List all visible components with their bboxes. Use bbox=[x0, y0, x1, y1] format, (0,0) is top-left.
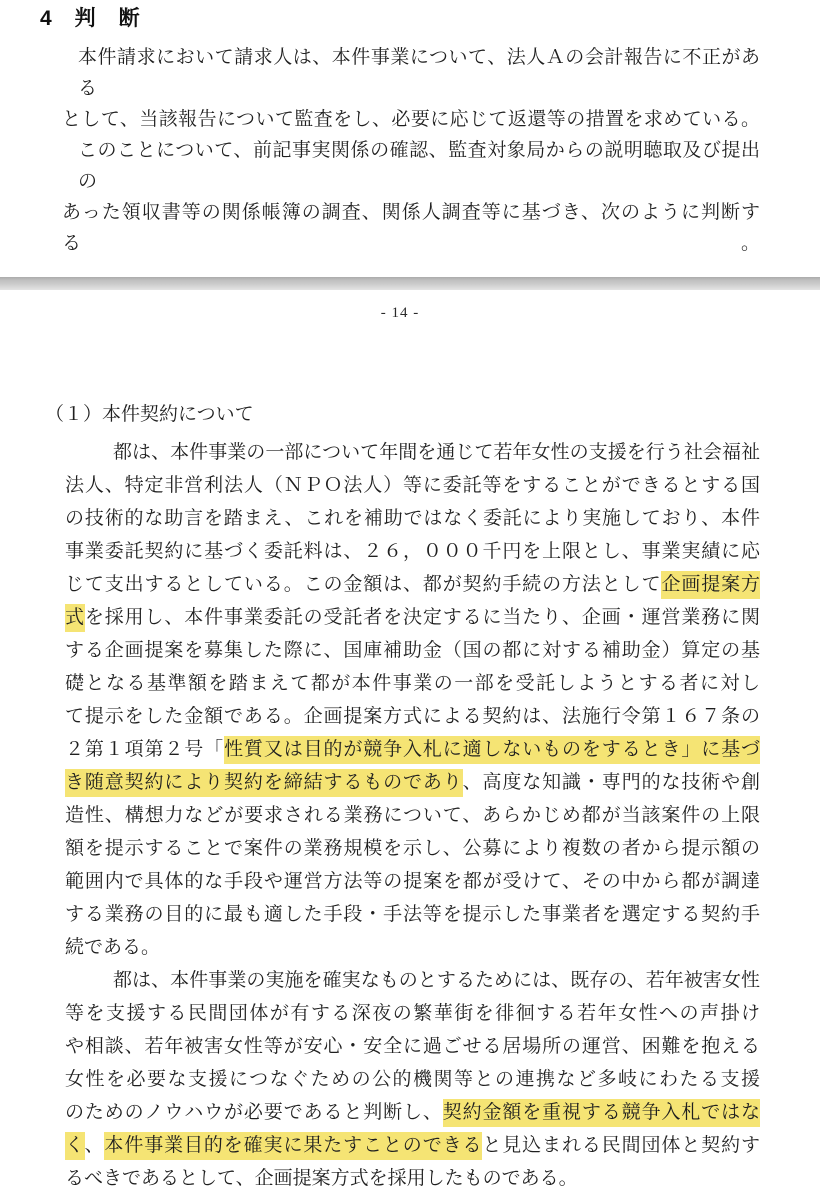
text-line: する業務の目的に最も適した手段・手法等を提示した事業者を選定する契約手 bbox=[65, 898, 760, 931]
text-line: 範囲内で具体的な手段や運営方法等の提案を都が受けて、その中から都が調達 bbox=[65, 865, 760, 898]
text-line: 式を採用し、本件事業委託の受託者を決定するに当たり、企画・運営業務に関 bbox=[65, 601, 760, 634]
text-line: 都は、本件事業の実施を確実なものとするためには、既存の、若年被害女性 bbox=[65, 964, 760, 997]
text-segment: と見込まれる民間団体と契約す bbox=[482, 1135, 760, 1156]
text-segment: する業務の目的に最も適した手段・手法等を提示した事業者を選定する契約手 bbox=[65, 904, 760, 925]
text-line: るべきであるとして、企画提案方式を採用したものである。 bbox=[65, 1162, 760, 1195]
text-line: く、本件事業目的を確実に果たすことのできると見込まれる民間団体と契約す bbox=[65, 1129, 760, 1162]
text-segment: 礎となる基準額を踏まえて都が本件事業の一部を受託しようとする者に対し bbox=[65, 673, 760, 694]
highlighted-text: く bbox=[65, 1132, 85, 1160]
document-page-14: 4 判 断 本件請求において請求人は、本件事業について、法人Ａの会計報告に不正が… bbox=[0, 0, 820, 277]
text-segment: の技術的な助言を踏まえ、これを補助ではなく委託により実施しており、本件 bbox=[65, 508, 760, 529]
text-line: 都は、本件事業の一部について年間を通じて若年女性の支援を行う社会福祉 bbox=[65, 436, 760, 469]
text-segment: 造性、構想力などが要求される業務について、あらかじめ都が当該案件の上限 bbox=[65, 805, 760, 826]
text-line: 本件請求において請求人は、本件事業について、法人Ａの会計報告に不正がある bbox=[62, 42, 760, 104]
text-line: 造性、構想力などが要求される業務について、あらかじめ都が当該案件の上限 bbox=[65, 799, 760, 832]
text-segment: 都は、本件事業の一部について年間を通じて若年女性の支援を行う社会福祉 bbox=[113, 442, 760, 463]
text-line: 事業委託契約に基づく委託料は、２６，０００千円を上限とし、事業実績に応 bbox=[65, 535, 760, 568]
text-segment: 、高度な知識・専門的な技術や創 bbox=[463, 772, 760, 793]
text-segment: 続である。 bbox=[65, 937, 160, 958]
subsection-heading: （１）本件契約について bbox=[0, 402, 820, 428]
text-segment: あった領収書等の関係帳簿の調査、関係人調査等に基づき、次のように判断する。 bbox=[62, 202, 760, 254]
text-line: このことについて、前記事実関係の確認、監査対象局からの説明聴取及び提出の bbox=[62, 135, 760, 197]
highlighted-text: 契約金額を重視する競争入札ではな bbox=[443, 1099, 760, 1127]
text-line: 続である。 bbox=[65, 931, 760, 964]
highlighted-text: き随意契約により契約を締結するものであり bbox=[65, 769, 463, 797]
text-segment: このことについて、前記事実関係の確認、監査対象局からの説明聴取及び提出の bbox=[78, 140, 760, 192]
highlighted-text: 企画提案方 bbox=[661, 571, 760, 599]
text-segment: する企画提案を募集した際に、国庫補助金（国の都に対する補助金）算定の基 bbox=[65, 640, 760, 661]
text-segment: 法人、特定非営利法人（ＮＰＯ法人）等に委託等をすることができるとする国 bbox=[65, 475, 760, 496]
text-line: や相談、若年被害女性等が安心・安全に過ごせる居場所の運営、困難を抱える bbox=[65, 1030, 760, 1063]
text-segment: を採用し、本件事業委託の受託者を決定するに当たり、企画・運営業務に関 bbox=[85, 607, 760, 628]
highlighted-text: 本件事業目的を確実に果たすことのできる bbox=[104, 1132, 482, 1160]
text-line: 額を提示することで案件の業務規模を示し、公募により複数の者から提示額の bbox=[65, 832, 760, 865]
page-15-body: 都は、本件事業の一部について年間を通じて若年女性の支援を行う社会福祉法人、特定非… bbox=[0, 436, 820, 1195]
text-segment: 事業委託契約に基づく委託料は、２６，０００千円を上限とし、事業実績に応 bbox=[65, 541, 760, 562]
text-segment: のためのノウハウが必要であると判断し、 bbox=[65, 1102, 443, 1123]
text-line: 等を支援する民間団体が有する深夜の繁華街を徘徊する若年女性への声掛け bbox=[65, 997, 760, 1030]
text-segment: として、当該報告について監査をし、必要に応じて返還等の措置を求めている。 bbox=[62, 109, 760, 130]
text-line: じて支出するとしている。この金額は、都が契約手続の方法として企画提案方 bbox=[65, 568, 760, 601]
text-line: のためのノウハウが必要であると判断し、契約金額を重視する競争入札ではな bbox=[65, 1096, 760, 1129]
text-line: て提示をした金額である。企画提案方式による契約は、法施行令第１６７条の bbox=[65, 700, 760, 733]
text-segment: や相談、若年被害女性等が安心・安全に過ごせる居場所の運営、困難を抱える bbox=[65, 1036, 760, 1057]
text-segment: 、 bbox=[85, 1135, 105, 1156]
text-line: の技術的な助言を踏まえ、これを補助ではなく委託により実施しており、本件 bbox=[65, 502, 760, 535]
text-segment: 範囲内で具体的な手段や運営方法等の提案を都が受けて、その中から都が調達 bbox=[65, 871, 760, 892]
text-segment: 本件請求において請求人は、本件事業について、法人Ａの会計報告に不正がある bbox=[78, 47, 760, 99]
text-segment: ２第１項第２号「 bbox=[65, 739, 224, 760]
document-page-15: （１）本件契約について 都は、本件事業の一部について年間を通じて若年女性の支援を… bbox=[0, 290, 820, 1200]
page-separator bbox=[0, 277, 820, 290]
text-segment: じて支出するとしている。この金額は、都が契約手続の方法として bbox=[65, 574, 661, 595]
page-14-body: 本件請求において請求人は、本件事業について、法人Ａの会計報告に不正があるとして、… bbox=[0, 42, 820, 259]
text-segment: 都は、本件事業の実施を確実なものとするためには、既存の、若年被害女性 bbox=[113, 970, 760, 991]
text-segment: るべきであるとして、企画提案方式を採用したものである。 bbox=[65, 1168, 578, 1189]
text-line: 礎となる基準額を踏まえて都が本件事業の一部を受託しようとする者に対し bbox=[65, 667, 760, 700]
text-segment: て提示をした金額である。企画提案方式による契約は、法施行令第１６７条の bbox=[65, 706, 760, 727]
text-line: ２第１項第２号「性質又は目的が競争入札に適しないものをするとき」に基づ bbox=[65, 733, 760, 766]
highlighted-text: 性質又は目的が競争入札に適しないものをするとき」に基づ bbox=[224, 736, 760, 764]
text-line: 女性を必要な支援につなぐための公的機関等との連携など多岐にわたる支援 bbox=[65, 1063, 760, 1096]
highlighted-text: 式 bbox=[65, 604, 85, 632]
text-line: 法人、特定非営利法人（ＮＰＯ法人）等に委託等をすることができるとする国 bbox=[65, 469, 760, 502]
text-line: する企画提案を募集した際に、国庫補助金（国の都に対する補助金）算定の基 bbox=[65, 634, 760, 667]
text-segment: 等を支援する民間団体が有する深夜の繁華街を徘徊する若年女性への声掛け bbox=[65, 1003, 760, 1024]
text-line: き随意契約により契約を締結するものであり、高度な知識・専門的な技術や創 bbox=[65, 766, 760, 799]
section-heading: 4 判 断 bbox=[0, 6, 820, 32]
text-segment: 額を提示することで案件の業務規模を示し、公募により複数の者から提示額の bbox=[65, 838, 760, 859]
text-line: として、当該報告について監査をし、必要に応じて返還等の措置を求めている。 bbox=[62, 104, 760, 135]
text-segment: 女性を必要な支援につなぐための公的機関等との連携など多岐にわたる支援 bbox=[65, 1069, 760, 1090]
text-line: あった領収書等の関係帳簿の調査、関係人調査等に基づき、次のように判断する。 bbox=[62, 197, 760, 259]
